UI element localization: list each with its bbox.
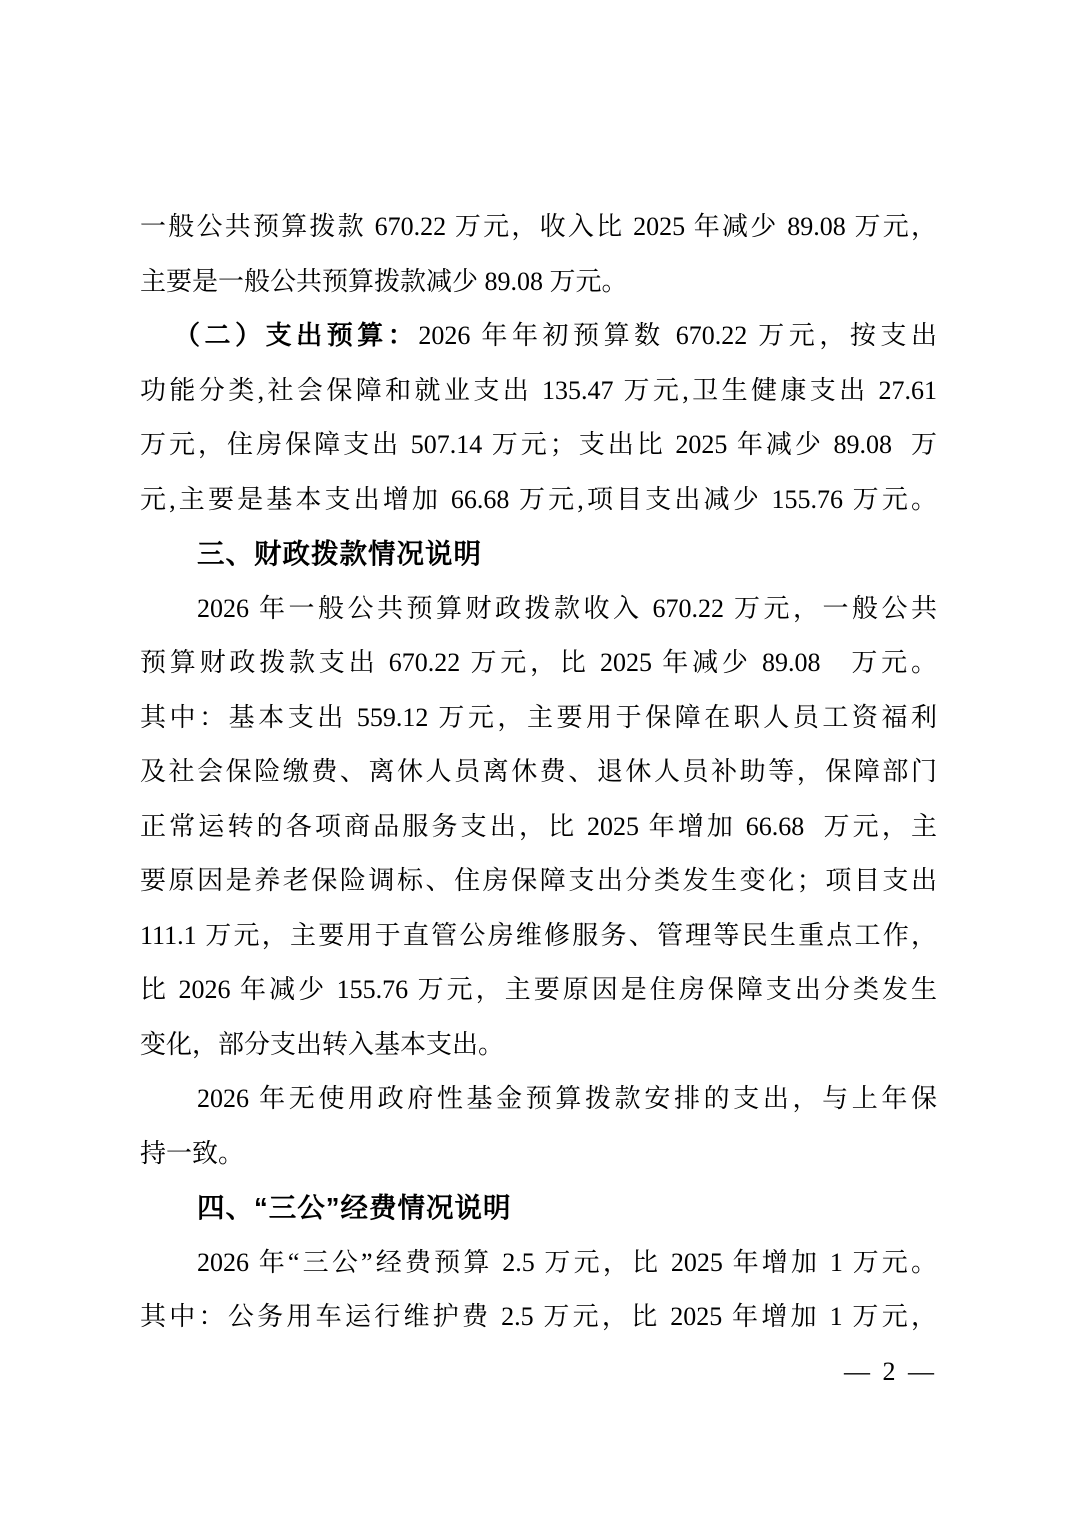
text-line: 2026 年一般公共预算财政拨款收入 670.22 万元，一般公共 (140, 582, 937, 637)
text-line: 及社会保险缴费、离休人员离休费、退休人员补助等，保障部门 (140, 745, 937, 800)
text-run: 正常运转的各项商品服务支出，比 2025 年增加 66.68 万元，主 (140, 812, 937, 841)
section-heading: 四、“三公”经费情况说明 (140, 1181, 937, 1236)
text-line: 一般公共预算拨款 670.22 万元，收入比 2025 年减少 89.08 万元… (140, 200, 937, 255)
text-run: 2026 年“三公”经费预算 2.5 万元，比 2025 年增加 1 万元。 (197, 1248, 937, 1277)
text-run: 2026 年一般公共预算财政拨款收入 670.22 万元，一般公共 (197, 594, 937, 623)
text-line: 元,主要是基本支出增加 66.68 万元,项目支出减少 155.76 万元。 (140, 473, 937, 528)
text-line: 其中：公务用车运行维护费 2.5 万元，比 2025 年增加 1 万元， (140, 1290, 937, 1345)
text-run: 万元，住房保障支出 507.14 万元；支出比 2025 年减少 89.08 万 (140, 430, 937, 459)
text-run: 2026 年年初预算数 670.22 万元，按支出 (418, 321, 937, 350)
text-line: 2026 年无使用政府性基金预算拨款安排的支出，与上年保 (140, 1072, 937, 1127)
text-line: 111.1 万元，主要用于直管公房维修服务、管理等民生重点工作， (140, 909, 937, 964)
text-run: 111.1 万元，主要用于直管公房维修服务、管理等民生重点工作， (140, 921, 937, 950)
text-line: 主要是一般公共预算拨款减少 89.08 万元。 (140, 255, 937, 310)
text-line: 正常运转的各项商品服务支出，比 2025 年增加 66.68 万元，主 (140, 800, 937, 855)
text-line: 2026 年“三公”经费预算 2.5 万元，比 2025 年增加 1 万元。 (140, 1236, 937, 1291)
emphasis-run: （二）支出预算： (174, 321, 418, 350)
text-run: 持一致。 (140, 1139, 244, 1168)
text-line: 功能分类,社会保障和就业支出 135.47 万元,卫生健康支出 27.61 (140, 364, 937, 419)
text-line: 比 2026 年减少 155.76 万元，主要原因是住房保障支出分类发生 (140, 963, 937, 1018)
page-number: — 2 — (140, 1345, 937, 1400)
text-line: 预算财政拨款支出 670.22 万元，比 2025 年减少 89.08 万元。 (140, 636, 937, 691)
emphasis-run: 三、财政拨款情况说明 (197, 538, 482, 569)
text-run: 变化，部分支出转入基本支出。 (140, 1030, 504, 1059)
text-run: 主要是一般公共预算拨款减少 89.08 万元。 (140, 267, 628, 296)
text-run: 及社会保险缴费、离休人员离休费、退休人员补助等，保障部门 (140, 757, 937, 786)
text-line: 万元，住房保障支出 507.14 万元；支出比 2025 年减少 89.08 万 (140, 418, 937, 473)
section-heading: 三、财政拨款情况说明 (140, 527, 937, 582)
text-line: 其中：基本支出 559.12 万元，主要用于保障在职人员工资福利 (140, 691, 937, 746)
text-run: 元,主要是基本支出增加 66.68 万元,项目支出减少 155.76 万元。 (140, 485, 937, 514)
text-run: 2026 年无使用政府性基金预算拨款安排的支出，与上年保 (197, 1084, 937, 1113)
text-line: （二）支出预算：2026 年年初预算数 670.22 万元，按支出 (140, 309, 937, 364)
text-run: 其中：基本支出 559.12 万元，主要用于保障在职人员工资福利 (140, 703, 937, 732)
text-run: 功能分类,社会保障和就业支出 135.47 万元,卫生健康支出 27.61 (140, 376, 937, 405)
text-run: 一般公共预算拨款 670.22 万元，收入比 2025 年减少 89.08 万元… (140, 212, 937, 241)
text-run: 其中：公务用车运行维护费 2.5 万元，比 2025 年增加 1 万元， (140, 1302, 937, 1331)
emphasis-run: 四、“三公”经费情况说明 (197, 1192, 512, 1223)
document-body: 一般公共预算拨款 670.22 万元，收入比 2025 年减少 89.08 万元… (140, 200, 937, 1345)
text-line: 持一致。 (140, 1127, 937, 1182)
text-line: 要原因是养老保险调标、住房保障支出分类发生变化；项目支出 (140, 854, 937, 909)
text-run: 比 2026 年减少 155.76 万元，主要原因是住房保障支出分类发生 (140, 975, 937, 1004)
text-line: 变化，部分支出转入基本支出。 (140, 1018, 937, 1073)
text-run: 要原因是养老保险调标、住房保障支出分类发生变化；项目支出 (140, 866, 937, 895)
document-page: 一般公共预算拨款 670.22 万元，收入比 2025 年减少 89.08 万元… (0, 0, 1074, 1520)
text-run: 预算财政拨款支出 670.22 万元，比 2025 年减少 89.08 万元。 (140, 648, 937, 677)
